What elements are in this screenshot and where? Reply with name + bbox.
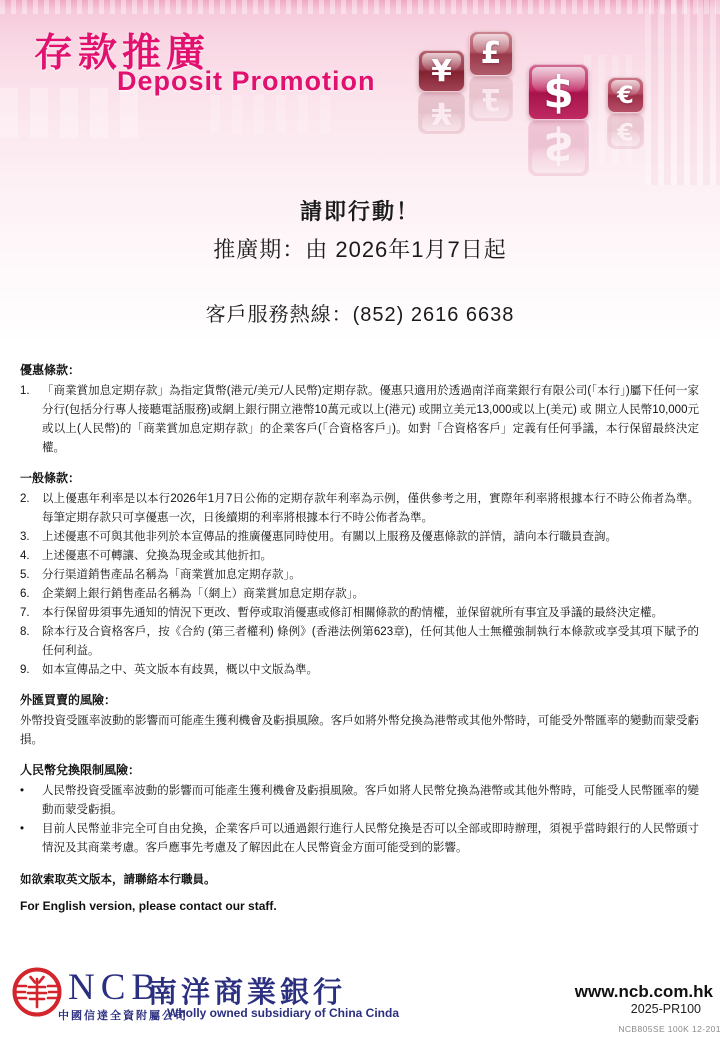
skyline-decor-right — [645, 0, 720, 185]
website-url: www.ncb.com.hk — [575, 982, 713, 1002]
bullet-text: 人民幣投資受匯率波動的影響而可能產生獲利機會及虧損風險。客戶如將人民幣兌換為港幣… — [42, 782, 699, 820]
term-text: 上述優惠不可與其他非列於本宣傳品的推廣優惠同時使用。有關以上服務及優惠條款的詳情… — [42, 528, 699, 547]
english-version-note-zh: 如欲索取英文版本，請聯絡本行職員。 — [20, 871, 699, 890]
pound-symbol: £ — [481, 36, 502, 71]
pound-currency-icon: £ — [469, 31, 513, 76]
term-item-5: 5. 分行渠道銷售產品名稱為「商業賞加息定期存款」。 — [20, 566, 699, 585]
dollar-currency-icon: $ — [528, 64, 589, 120]
page-title-english: Deposit Promotion — [117, 66, 376, 97]
term-number: 8. — [20, 623, 42, 661]
bullet-icon: • — [20, 820, 42, 858]
dollar-symbol: $ — [543, 67, 574, 118]
term-number: 6. — [20, 585, 42, 604]
term-text: 上述優惠不可轉讓、兌換為現金或其他折扣。 — [42, 547, 699, 566]
term-text: 本行保留毋須事先通知的情況下更改、暫停或取消優惠或修訂相關條款的酌情權，並保留就… — [42, 604, 699, 623]
preferential-terms-heading: 優惠條款： — [20, 361, 699, 380]
term-text: 分行渠道銷售產品名稱為「商業賞加息定期存款」。 — [42, 566, 699, 585]
term-item-7: 7. 本行保留毋須事先通知的情況下更改、暫停或取消優惠或修訂相關條款的酌情權，並… — [20, 604, 699, 623]
euro-reflection: € — [607, 113, 644, 149]
term-item-2: 2. 以上優惠年利率是以本行2026年1月7日公佈的定期存款年利率為示例，僅供參… — [20, 490, 699, 528]
act-now-text: 請即行動！ — [0, 195, 720, 226]
term-number: 1. — [20, 382, 42, 458]
euro-symbol: € — [617, 81, 634, 109]
term-number: 7. — [20, 604, 42, 623]
pound-reflection: £ — [469, 76, 513, 121]
term-number: 9. — [20, 661, 42, 680]
fx-risk-body: 外幣投資受匯率波動的影響而可能產生獲利機會及虧損風險。客戶如將外幣兌換為港幣或其… — [20, 712, 699, 750]
term-item-9: 9. 如本宣傳品之中、英文版本有歧異，概以中文版為準。 — [20, 661, 699, 680]
fx-risk-heading: 外匯買賣的風險： — [20, 691, 699, 710]
terms-and-conditions: 優惠條款： 1. 「商業賞加息定期存款」為指定貨幣(港元/美元/人民幣)定期存款… — [20, 361, 699, 916]
bullet-text: 目前人民幣並非完全可自由兌換，企業客戶可以通過銀行進行人民幣兌換是否可以全部或即… — [42, 820, 699, 858]
top-decor-strip — [0, 0, 720, 14]
term-number: 4. — [20, 547, 42, 566]
customer-hotline-text: 客戶服務熱線：(852) 2616 6638 — [0, 298, 720, 327]
skyline-decor-middle — [210, 95, 330, 133]
ncb-logo-emblem-icon — [11, 966, 63, 1018]
term-number: 2. — [20, 490, 42, 528]
term-text: 「商業賞加息定期存款」為指定貨幣(港元/美元/人民幣)定期存款。優惠只適用於透過… — [42, 382, 699, 458]
bank-name-chinese: 南洋商業銀行 — [148, 970, 346, 1011]
general-terms-heading: 一般條款： — [20, 469, 699, 488]
term-text: 以上優惠年利率是以本行2026年1月7日公佈的定期存款年利率為示例，僅供參考之用… — [42, 490, 699, 528]
dollar-reflection: $ — [528, 120, 589, 176]
yen-currency-icon: ¥ — [418, 50, 465, 92]
yen-symbol: ¥ — [431, 54, 452, 89]
term-text: 除本行及合資格客戶，按《合約 (第三者權利) 條例》(香港法例第623章)，任何… — [42, 623, 699, 661]
promotion-reference-number: 2025-PR100 — [631, 1002, 701, 1016]
call-to-action: 請即行動！ 推廣期：由 2026年1月7日起 客戶服務熱線：(852) 2616… — [0, 195, 720, 327]
rmb-risk-heading: 人民幣兌換限制風險： — [20, 761, 699, 780]
english-version-note-en: For English version, please contact our … — [20, 897, 699, 916]
term-item-6: 6. 企業網上銀行銷售產品名稱為「（網上）商業賞加息定期存款」。 — [20, 585, 699, 604]
promotion-period-text: 推廣期：由 2026年1月7日起 — [0, 233, 720, 264]
print-code: NCB805SE 100K 12-2016 — [618, 1024, 720, 1034]
rmb-risk-bullet-2: • 目前人民幣並非完全可自由兌換，企業客戶可以通過銀行進行人民幣兌換是否可以全部… — [20, 820, 699, 858]
rmb-risk-bullet-1: • 人民幣投資受匯率波動的影響而可能產生獲利機會及虧損風險。客戶如將人民幣兌換為… — [20, 782, 699, 820]
term-item-4: 4. 上述優惠不可轉讓、兌換為現金或其他折扣。 — [20, 547, 699, 566]
term-item-1: 1. 「商業賞加息定期存款」為指定貨幣(港元/美元/人民幣)定期存款。優惠只適用… — [20, 382, 699, 458]
term-text: 企業網上銀行銷售產品名稱為「（網上）商業賞加息定期存款」。 — [42, 585, 699, 604]
yen-reflection: ¥ — [418, 92, 465, 134]
term-number: 3. — [20, 528, 42, 547]
deposit-promotion-flyer: 存款推廣 Deposit Promotion ¥ £ $ € ¥ £ $ € 請… — [0, 0, 720, 1040]
subsidiary-line-english: Wholly owned subsidiary of China Cinda — [167, 1006, 399, 1020]
footer: NCB 南洋商業銀行 中國信達全資附屬公司 Wholly owned subsi… — [0, 958, 720, 1040]
term-text: 如本宣傳品之中、英文版本有歧異，概以中文版為準。 — [42, 661, 699, 680]
term-item-3: 3. 上述優惠不可與其他非列於本宣傳品的推廣優惠同時使用。有關以上服務及優惠條款… — [20, 528, 699, 547]
term-item-8: 8. 除本行及合資格客戶，按《合約 (第三者權利) 條例》(香港法例第623章)… — [20, 623, 699, 661]
bullet-icon: • — [20, 782, 42, 820]
term-number: 5. — [20, 566, 42, 585]
euro-currency-icon: € — [607, 77, 644, 113]
